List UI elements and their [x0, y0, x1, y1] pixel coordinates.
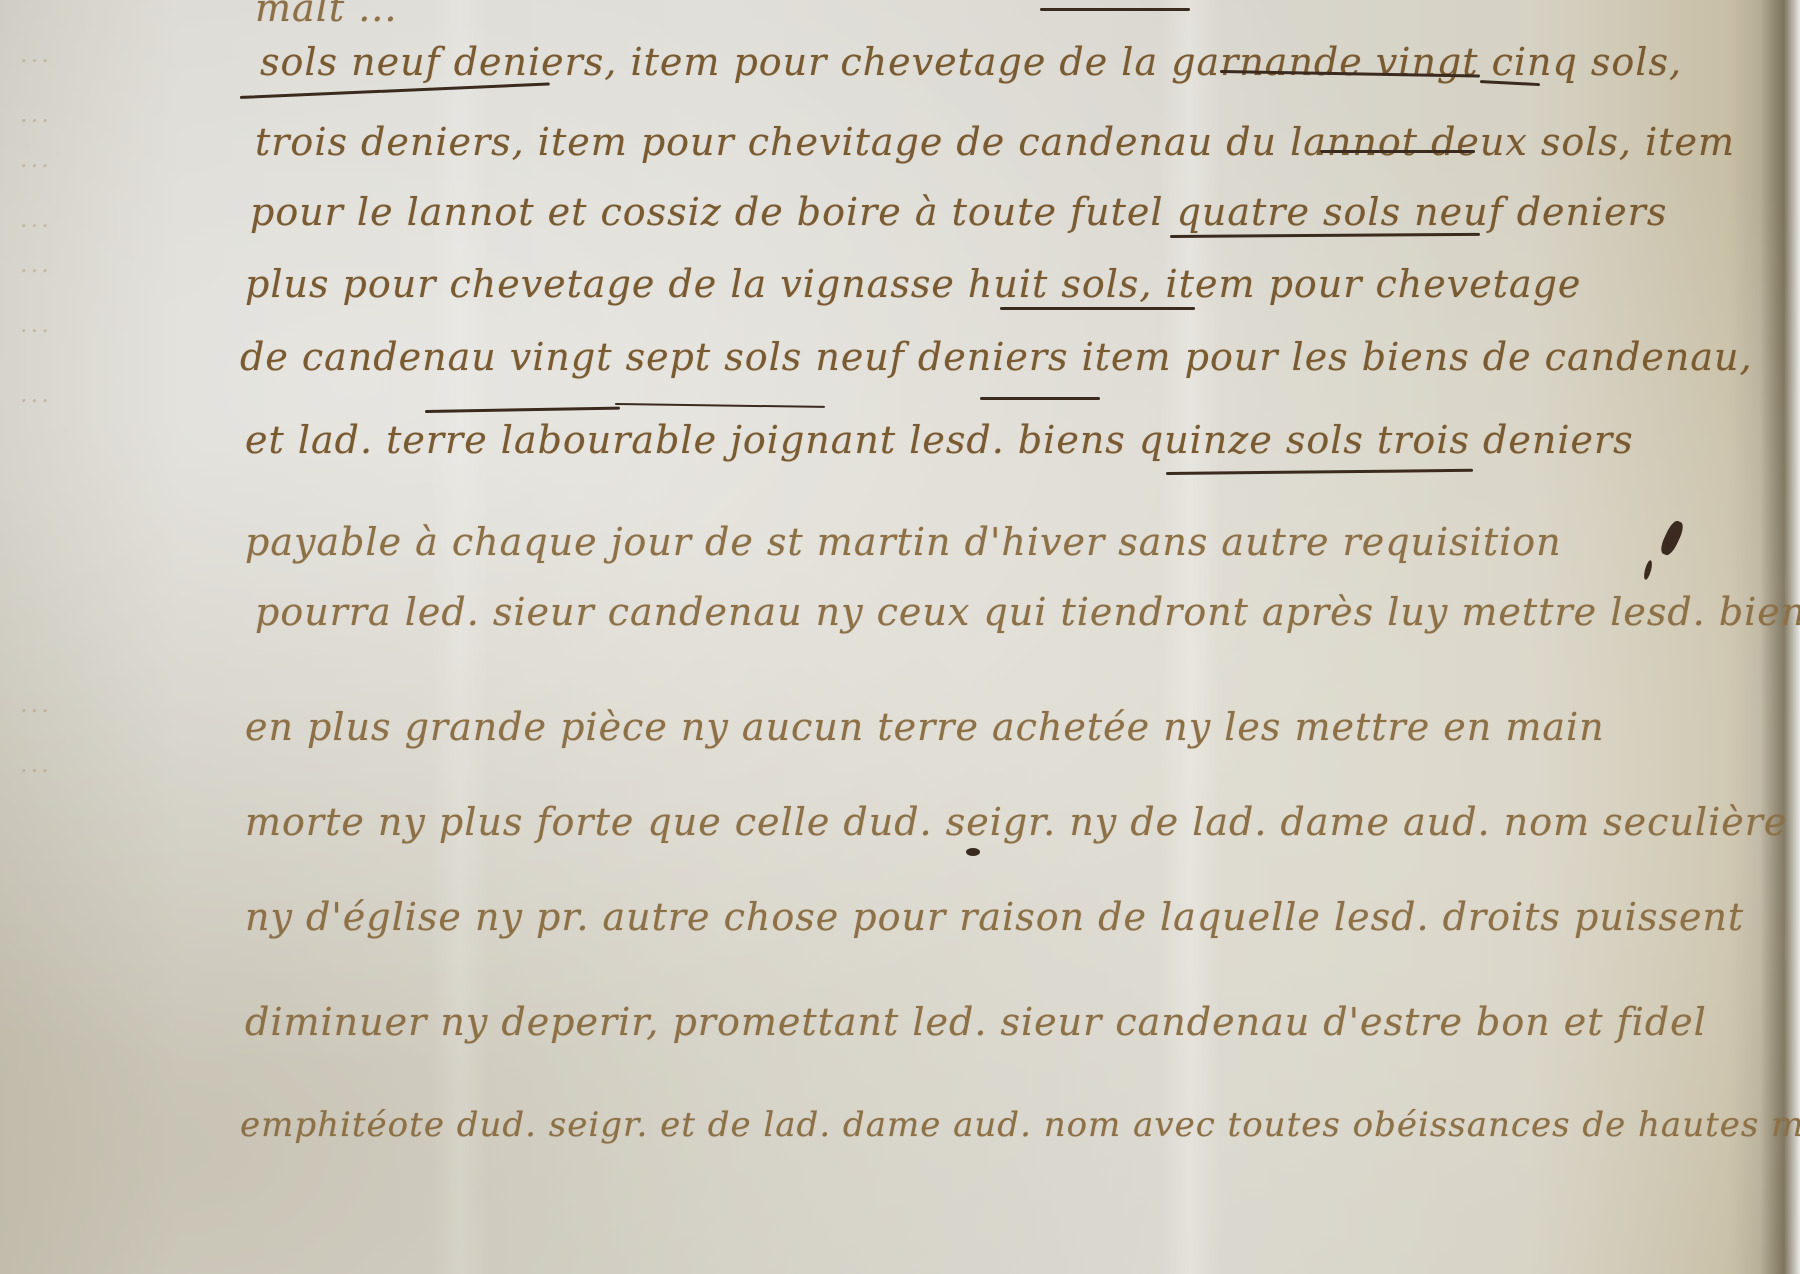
page-edge-shadow: [1760, 0, 1800, 1274]
manuscript-line: et lad. terre labourable joignant lesd. …: [245, 418, 1634, 462]
left-margin-faded-text: ... ... ... ... ... ... ... ... ...: [0, 0, 250, 1274]
amount-underline: [1000, 307, 1195, 310]
manuscript-line: de candenau vingt sept sols neuf deniers…: [240, 335, 1753, 379]
manuscript-line: pourra led. sieur candenau ny ceux qui t…: [255, 590, 1800, 634]
amount-underline: [615, 403, 825, 408]
faded-margin-note: ...: [20, 40, 52, 68]
faded-margin-note: ...: [20, 145, 52, 173]
faded-margin-note: ...: [20, 250, 52, 278]
manuscript-line: malt ...: [255, 0, 397, 30]
faded-margin-note: ...: [20, 750, 52, 778]
ink-blot: [1643, 560, 1654, 581]
faded-margin-note: ...: [20, 205, 52, 233]
manuscript-line: trois deniers, item pour chevitage de ca…: [255, 120, 1735, 164]
manuscript-page: ... ... ... ... ... ... ... ... ... malt…: [0, 0, 1800, 1274]
amount-underline: [240, 82, 550, 99]
manuscript-line: en plus grande pièce ny aucun terre ache…: [245, 705, 1605, 749]
ink-blot: [966, 848, 980, 856]
amount-underline: [980, 397, 1100, 400]
ink-blot: [1658, 519, 1686, 558]
faded-margin-note: ...: [20, 310, 52, 338]
faded-margin-note: ...: [20, 380, 52, 408]
faded-margin-note: ...: [20, 100, 52, 128]
manuscript-line: emphitéote dud. seigr. et de lad. dame a…: [240, 1105, 1800, 1145]
amount-underline: [1040, 8, 1190, 11]
manuscript-line: diminuer ny deperir, promettant led. sie…: [245, 1000, 1707, 1044]
manuscript-line: sols neuf deniers, item pour chevetage d…: [260, 40, 1682, 84]
faded-margin-note: ...: [20, 690, 52, 718]
manuscript-line: plus pour chevetage de la vignasse huit …: [245, 262, 1581, 306]
manuscript-line: ny d'église ny pr. autre chose pour rais…: [245, 895, 1744, 939]
manuscript-line: pour le lannot et cossiz de boire à tout…: [250, 190, 1667, 234]
manuscript-line: morte ny plus forte que celle dud. seigr…: [245, 800, 1787, 844]
manuscript-line: payable à chaque jour de st martin d'hiv…: [245, 520, 1562, 564]
amount-underline: [1320, 150, 1475, 153]
